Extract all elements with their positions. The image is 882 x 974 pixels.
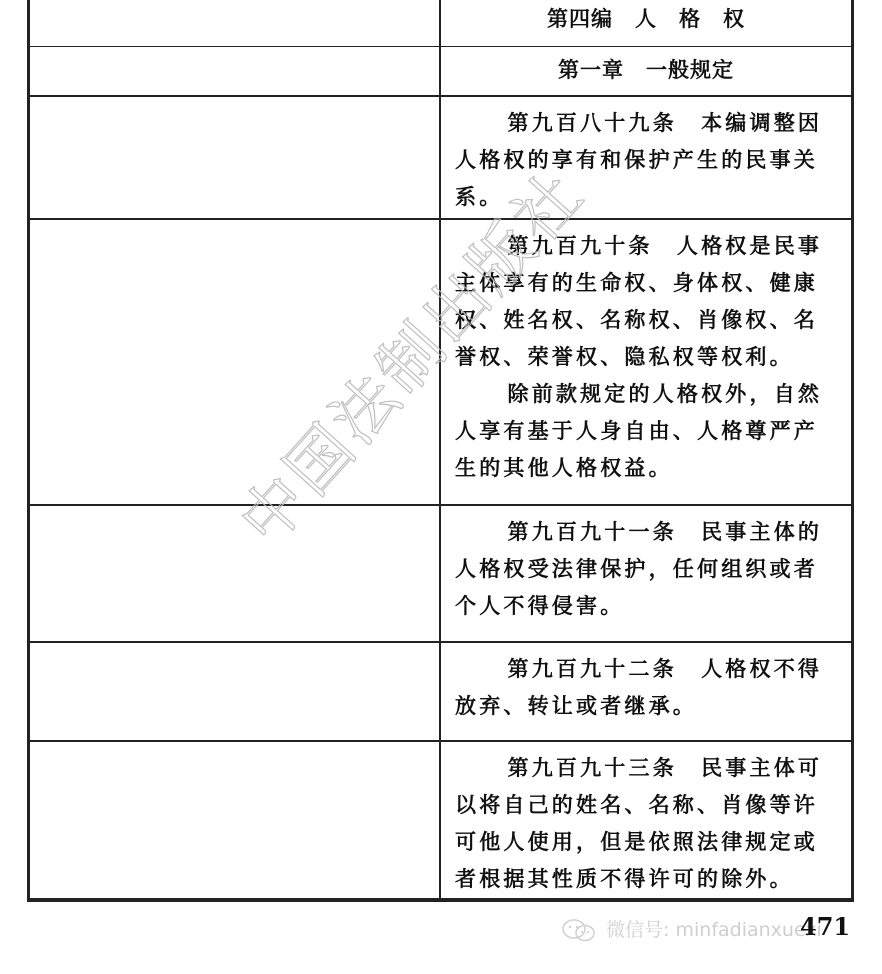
left-cell-empty: [30, 506, 441, 642]
chapter-title: 第一章 一般规定: [441, 47, 851, 96]
page-number: 471: [800, 912, 850, 941]
table-row-article-990: 第九百九十条 人格权是民事主体享有的生命权、身体权、健康权、姓名权、名称权、肖像…: [30, 220, 851, 505]
left-cell-empty: [30, 220, 441, 505]
left-cell-empty: [30, 97, 441, 219]
table-row-article-993: 第九百九十三条 民事主体可以将自己的姓名、名称、肖像等许可他人使用，但是依照法律…: [30, 742, 851, 898]
table-row-article-992: 第九百九十二条 人格权不得放弃、转让或者继承。: [30, 643, 851, 741]
wechat-footer: 微信号: minfadianxuexi: [560, 915, 822, 944]
left-cell-empty: [30, 0, 441, 46]
article-cell: 第九百九十三条 民事主体可以将自己的姓名、名称、肖像等许可他人使用，但是依照法律…: [441, 742, 851, 898]
article-paragraph: 除前款规定的人格权外，自然人享有基于人身自由、人格尊严产生的其他人格权益。: [455, 376, 837, 487]
article-paragraph: 第九百九十一条 民事主体的人格权受法律保护，任何组织或者个人不得侵害。: [455, 514, 837, 625]
article-paragraph: 第九百八十九条 本编调整因人格权的享有和保护产生的民事关系。: [455, 105, 837, 216]
left-cell-empty: [30, 742, 441, 898]
article-cell: 第九百九十二条 人格权不得放弃、转让或者继承。: [441, 643, 851, 741]
table-row-part-title: 第四编 人 格 权: [30, 0, 851, 46]
wechat-icon: [560, 918, 600, 944]
article-paragraph: 第九百九十条 人格权是民事主体享有的生命权、身体权、健康权、姓名权、名称权、肖像…: [455, 228, 837, 376]
article-cell: 第九百九十条 人格权是民事主体享有的生命权、身体权、健康权、姓名权、名称权、肖像…: [441, 220, 851, 505]
table-row-chapter-title: 第一章 一般规定: [30, 47, 851, 96]
comparison-table: 第四编 人 格 权 第一章 一般规定 第九百八十九条 本编调整因人格权的享有和保…: [27, 0, 854, 902]
table-row-article-991: 第九百九十一条 民事主体的人格权受法律保护，任何组织或者个人不得侵害。: [30, 506, 851, 642]
table-row-article-989: 第九百八十九条 本编调整因人格权的享有和保护产生的民事关系。: [30, 97, 851, 219]
article-paragraph: 第九百九十二条 人格权不得放弃、转让或者继承。: [455, 651, 837, 725]
part-title: 第四编 人 格 权: [441, 0, 851, 46]
wechat-id-text: 微信号: minfadianxuexi: [606, 919, 822, 941]
article-paragraph: 第九百九十三条 民事主体可以将自己的姓名、名称、肖像等许可他人使用，但是依照法律…: [455, 750, 837, 898]
article-cell: 第九百八十九条 本编调整因人格权的享有和保护产生的民事关系。: [441, 97, 851, 219]
left-cell-empty: [30, 47, 441, 96]
left-cell-empty: [30, 643, 441, 741]
article-cell: 第九百九十一条 民事主体的人格权受法律保护，任何组织或者个人不得侵害。: [441, 506, 851, 642]
